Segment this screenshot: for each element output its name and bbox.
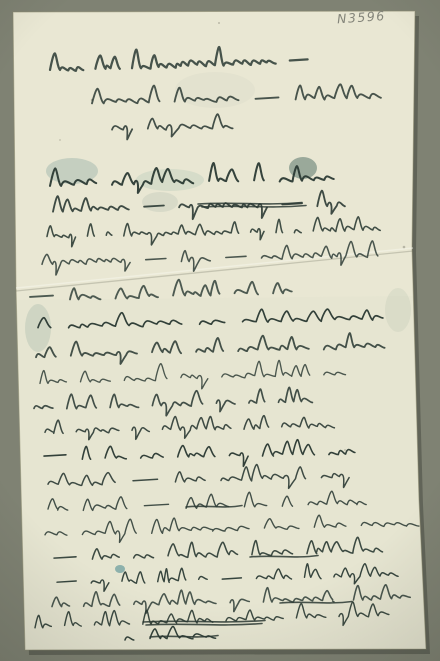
ink-smudge [142, 192, 178, 212]
paper-speck [218, 22, 220, 24]
paper-speck [344, 449, 346, 451]
ink-smudge [115, 565, 125, 573]
ink-smudge [385, 288, 411, 332]
paper-speck [59, 139, 61, 141]
photo: N3596 [0, 0, 440, 661]
manuscript-photo-canvas: N3596 [0, 0, 440, 661]
paper-speck [403, 246, 406, 249]
